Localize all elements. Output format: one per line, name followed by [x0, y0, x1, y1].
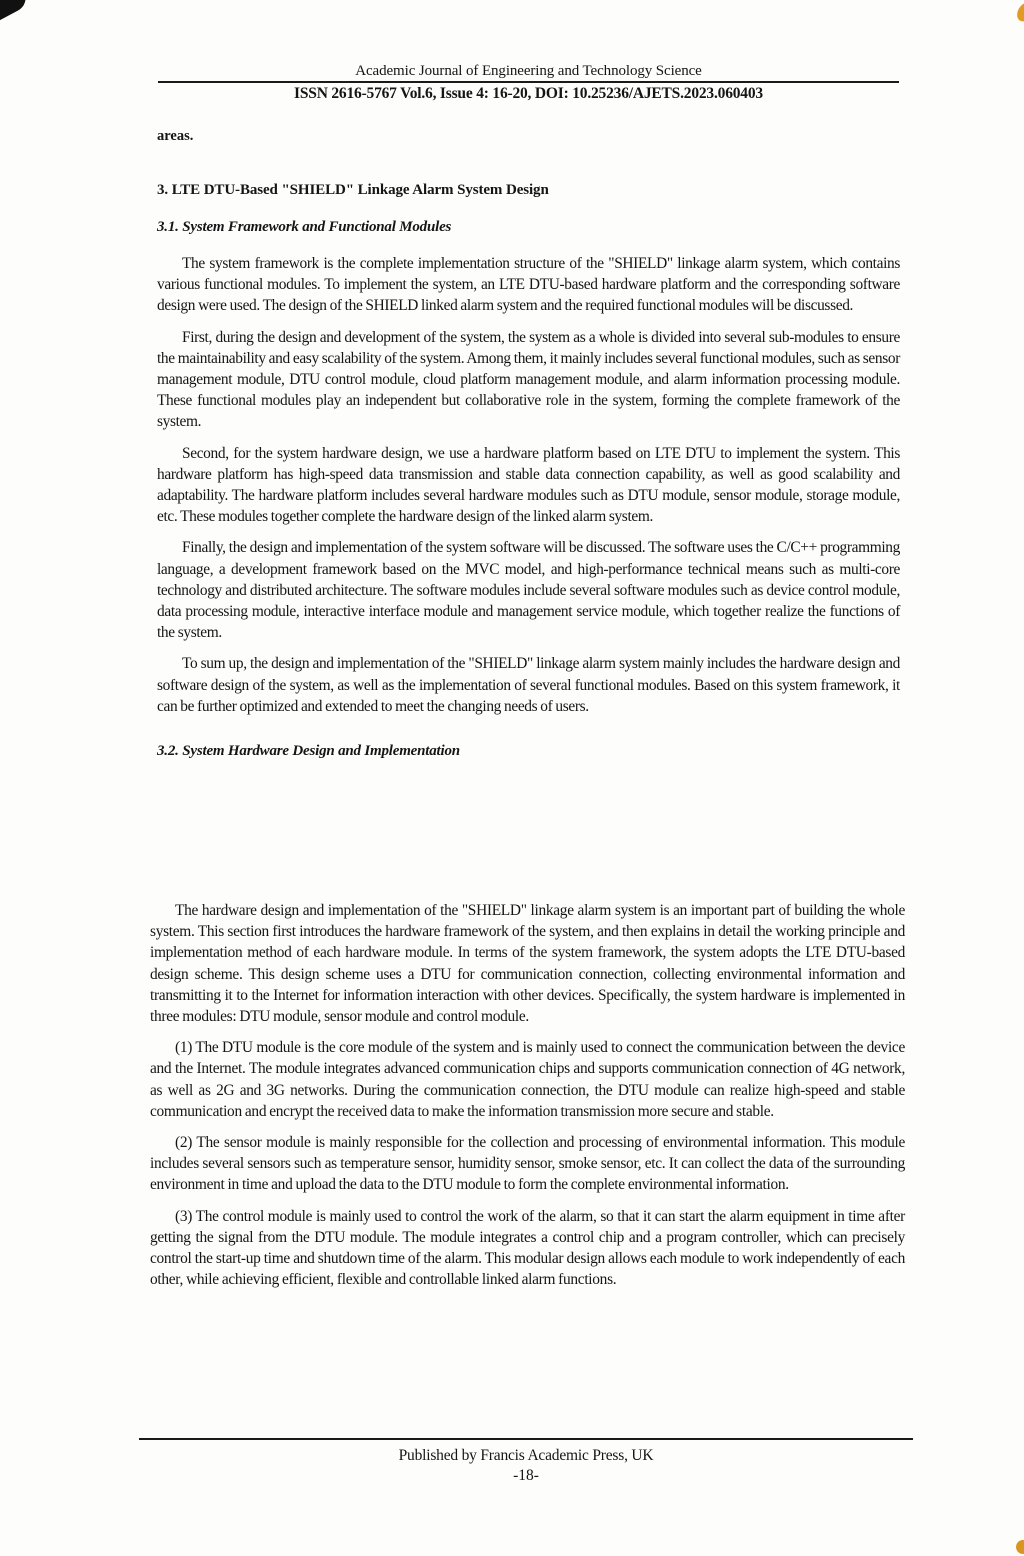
running-header: Academic Journal of Engineering and Tech…: [158, 62, 899, 104]
subsection-heading-3-2: 3.2. System Hardware Design and Implemen…: [157, 741, 900, 761]
scan-corner-shadow: [0, 0, 30, 21]
subsection-heading-3-1: 3.1. System Framework and Functional Mod…: [157, 217, 900, 237]
paragraph: Second, for the system hardware design, …: [157, 443, 900, 528]
paragraph-dtu-module: (1) The DTU module is the core module of…: [150, 1037, 905, 1122]
paragraph-control-module: (3) The control module is mainly used to…: [150, 1206, 905, 1291]
scan-corner-mark-top: [1014, 0, 1024, 24]
issn-doi-line: ISSN 2616-5767 Vol.6, Issue 4: 16-20, DO…: [158, 84, 899, 104]
section-heading: 3. LTE DTU-Based "SHIELD" Linkage Alarm …: [157, 180, 900, 200]
footer-rule: [139, 1438, 913, 1440]
page-number: -18-: [139, 1466, 913, 1486]
paragraph: The hardware design and implementation o…: [150, 900, 905, 1027]
paragraph: The system framework is the complete imp…: [157, 253, 900, 317]
publisher-line: Published by Francis Academic Press, UK: [139, 1446, 913, 1466]
header-rule: [158, 81, 899, 83]
paragraph: To sum up, the design and implementation…: [157, 653, 900, 717]
hardware-section-body: The hardware design and implementation o…: [150, 900, 905, 1290]
journal-title: Academic Journal of Engineering and Tech…: [158, 62, 899, 81]
page-footer: Published by Francis Academic Press, UK …: [139, 1438, 913, 1486]
scan-corner-mark-bottom: [1016, 1540, 1024, 1554]
paragraph: Finally, the design and implementation o…: [157, 537, 900, 643]
continued-text-fragment: areas.: [157, 126, 900, 146]
page-body: areas. 3. LTE DTU-Based "SHIELD" Linkage…: [157, 126, 900, 761]
paragraph-sensor-module: (2) The sensor module is mainly responsi…: [150, 1132, 905, 1196]
paragraph: First, during the design and development…: [157, 327, 900, 433]
